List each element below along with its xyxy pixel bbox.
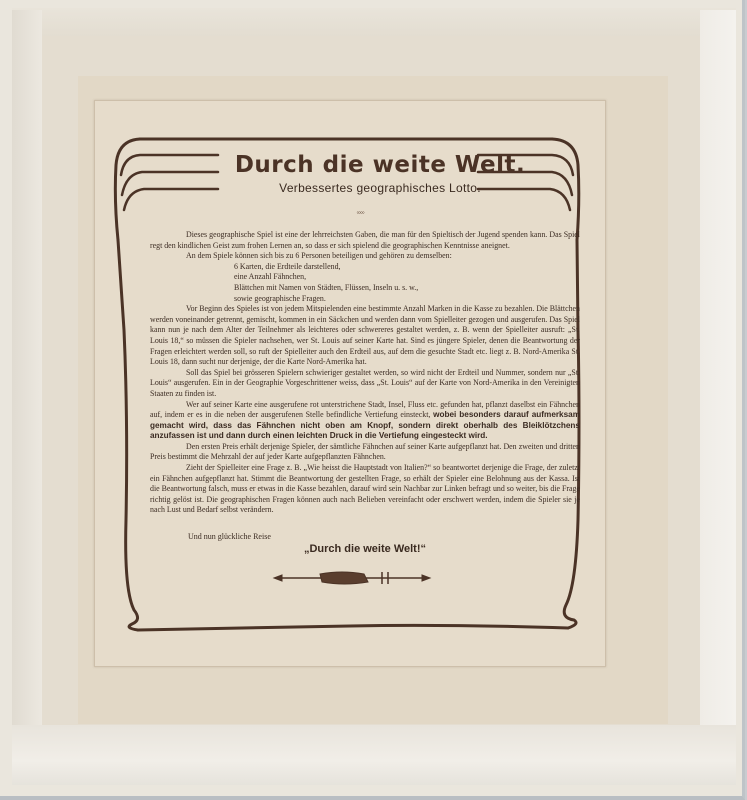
- component-item: Blättchen mit Namen von Städten, Flüssen…: [150, 283, 580, 294]
- component-item: 6 Karten, die Erdteile darstellend,: [150, 262, 580, 273]
- question-rule: Zieht der Spielleiter eine Frage z. B. „…: [150, 463, 580, 516]
- box-wall-top: [12, 8, 736, 36]
- box-wall-bottom: [12, 725, 736, 785]
- divider-ornament: ◦◦◦◦: [340, 208, 380, 217]
- rules-text: Dieses geographische Spiel ist eine der …: [150, 230, 580, 516]
- participants-paragraph: An dem Spiele können sich bis zu 6 Perso…: [150, 251, 580, 262]
- intro-paragraph: Dieses geographische Spiel ist eine der …: [150, 230, 580, 251]
- closing-title: „Durch die weite Welt!“: [150, 543, 580, 555]
- document-subtitle: Verbessertes geographisches Lotto.: [200, 181, 560, 195]
- rule-paragraph: Soll das Spiel bei grösseren Spielern sc…: [150, 368, 580, 400]
- component-item: eine Anzahl Fähnchen,: [150, 272, 580, 283]
- closing-line: Und nun glückliche Reise: [188, 532, 271, 541]
- document-title: Durch die weite Welt.: [200, 152, 560, 178]
- box-wall-right: [700, 10, 736, 780]
- rule-paragraph: Vor Beginn des Spieles ist von jedem Mit…: [150, 304, 580, 368]
- placement-rule: Wer auf seiner Karte eine ausgerufene ro…: [150, 400, 580, 442]
- prize-rule: Den ersten Preis erhält derjenige Spiele…: [150, 442, 580, 463]
- banner-ornament-icon: [272, 568, 432, 588]
- box-wall-left: [12, 10, 42, 780]
- component-item: sowie geographische Fragen.: [150, 294, 580, 305]
